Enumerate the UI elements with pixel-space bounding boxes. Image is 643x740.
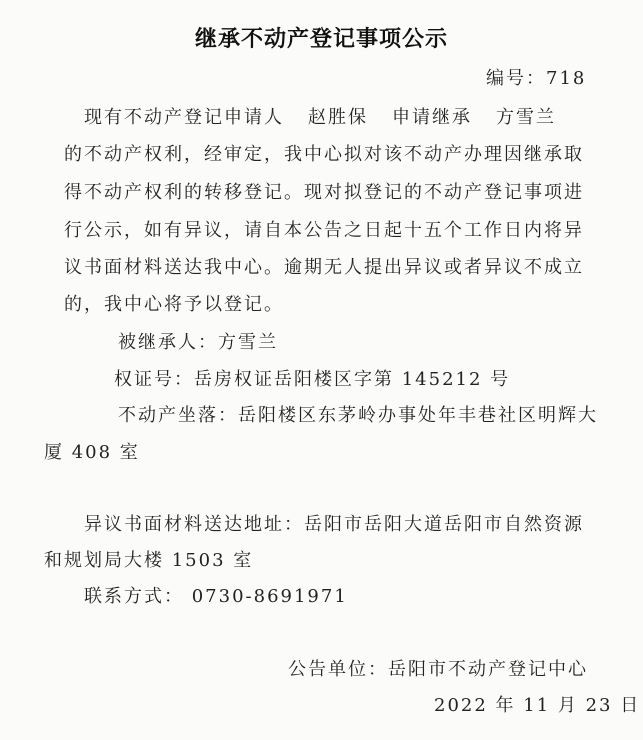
paragraph-line-1: 现有不动产登记申请人赵胜保申请继承方雪兰 <box>84 103 556 129</box>
objection-address-line-2: 和规划局大楼 1503 室 <box>44 546 253 572</box>
objection-address-line-1: 异议书面材料送达地址：岳阳市岳阳大道岳阳市自然资源 <box>84 510 584 536</box>
certificate-number-line: 权证号：岳房权证岳阳楼区字第 145212 号 <box>114 365 510 391</box>
applicant-prefix: 现有不动产登记申请人 <box>84 107 284 128</box>
decedent-name: 方雪兰 <box>496 107 556 128</box>
decedent-line: 被继承人：方雪兰 <box>118 328 278 354</box>
inherit-text: 申请继承 <box>392 107 472 128</box>
property-location-line-1: 不动产坐落：岳阳楼区东茅岭办事处年丰巷社区明辉大 <box>118 401 598 427</box>
issue-date: 2022 年 11 月 23 日 <box>434 691 640 717</box>
paragraph-line-4: 行公示，如有异议，请自本公告之日起十五个工作日内将异 <box>64 216 584 242</box>
document-title: 继承不动产登记事项公示 <box>0 22 643 53</box>
serial-number: 编号：718 <box>486 64 586 90</box>
applicant-name: 赵胜保 <box>308 107 368 128</box>
notice-document: 继承不动产登记事项公示 编号：718 现有不动产登记申请人赵胜保申请继承方雪兰 … <box>0 0 643 740</box>
paragraph-line-6: 的，我中心将予以登记。 <box>64 290 284 316</box>
paragraph-line-3: 得不动产权利的转移登记。现对拟登记的不动产登记事项进 <box>64 178 584 204</box>
contact-line: 联系方式： 0730-8691971 <box>84 582 348 608</box>
issuer-line: 公告单位：岳阳市不动产登记中心 <box>288 655 588 681</box>
paragraph-line-5: 议书面材料送达我中心。逾期无人提出异议或者异议不成立 <box>64 253 584 279</box>
property-location-line-2: 厦 408 室 <box>44 438 140 464</box>
paragraph-line-2: 的不动产权利，经审定，我中心拟对该不动产办理因继承取 <box>64 140 584 166</box>
